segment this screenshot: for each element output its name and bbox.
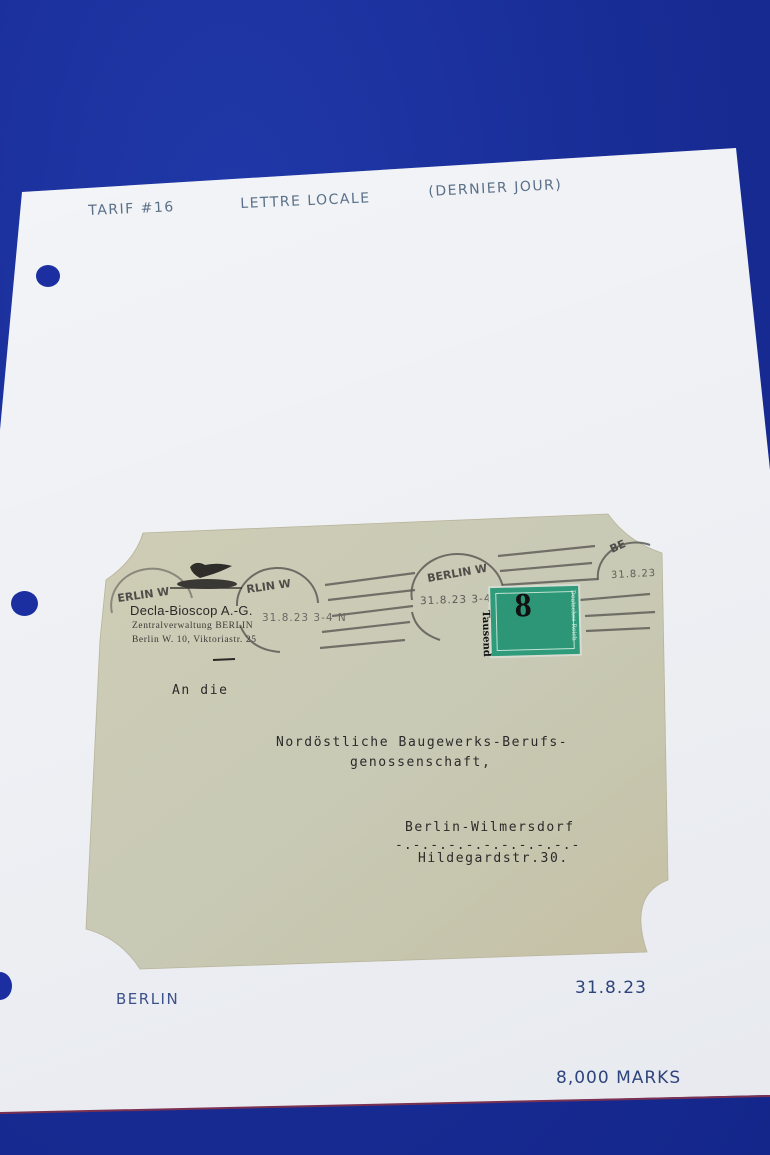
recipient-salutation: An die [172, 683, 229, 698]
stamp-country: Deutsches Reich [569, 590, 577, 641]
recipient-line-2: genossenschaft, [350, 755, 491, 770]
stamp-frame [495, 591, 574, 651]
note-city: BERLIN [116, 990, 179, 1008]
sender-line-1: Zentralverwaltung BERLIN [132, 621, 253, 631]
postage-stamp: 8 Tausend Deutsches Reich [490, 586, 580, 656]
recipient-city: Berlin-Wilmersdorf [405, 820, 575, 835]
stamp-overprint-value: 8 [514, 589, 532, 623]
photo-scene: TARIF #16 LETTRE LOCALE (DERNIER JOUR) [0, 0, 770, 1155]
recipient-line-1: Nordöstliche Baugewerks-Berufs- [276, 735, 568, 750]
note-value: 8,000 MARKS [556, 1068, 681, 1088]
note-date: 31.8.23 [575, 978, 647, 998]
postmark-date: 31.8.23 3-4 N [262, 612, 347, 624]
sender-line-2: Berlin W. 10, Viktoriastr. 25 [132, 635, 257, 645]
recipient-street: Hildegardstr.30. [418, 851, 569, 866]
stamp-overprint-word: Tausend [480, 610, 492, 657]
sender-name: Decla-Bioscop A.-G. [130, 603, 253, 618]
postmark-date: 31.8.23 3-4 [420, 593, 492, 607]
